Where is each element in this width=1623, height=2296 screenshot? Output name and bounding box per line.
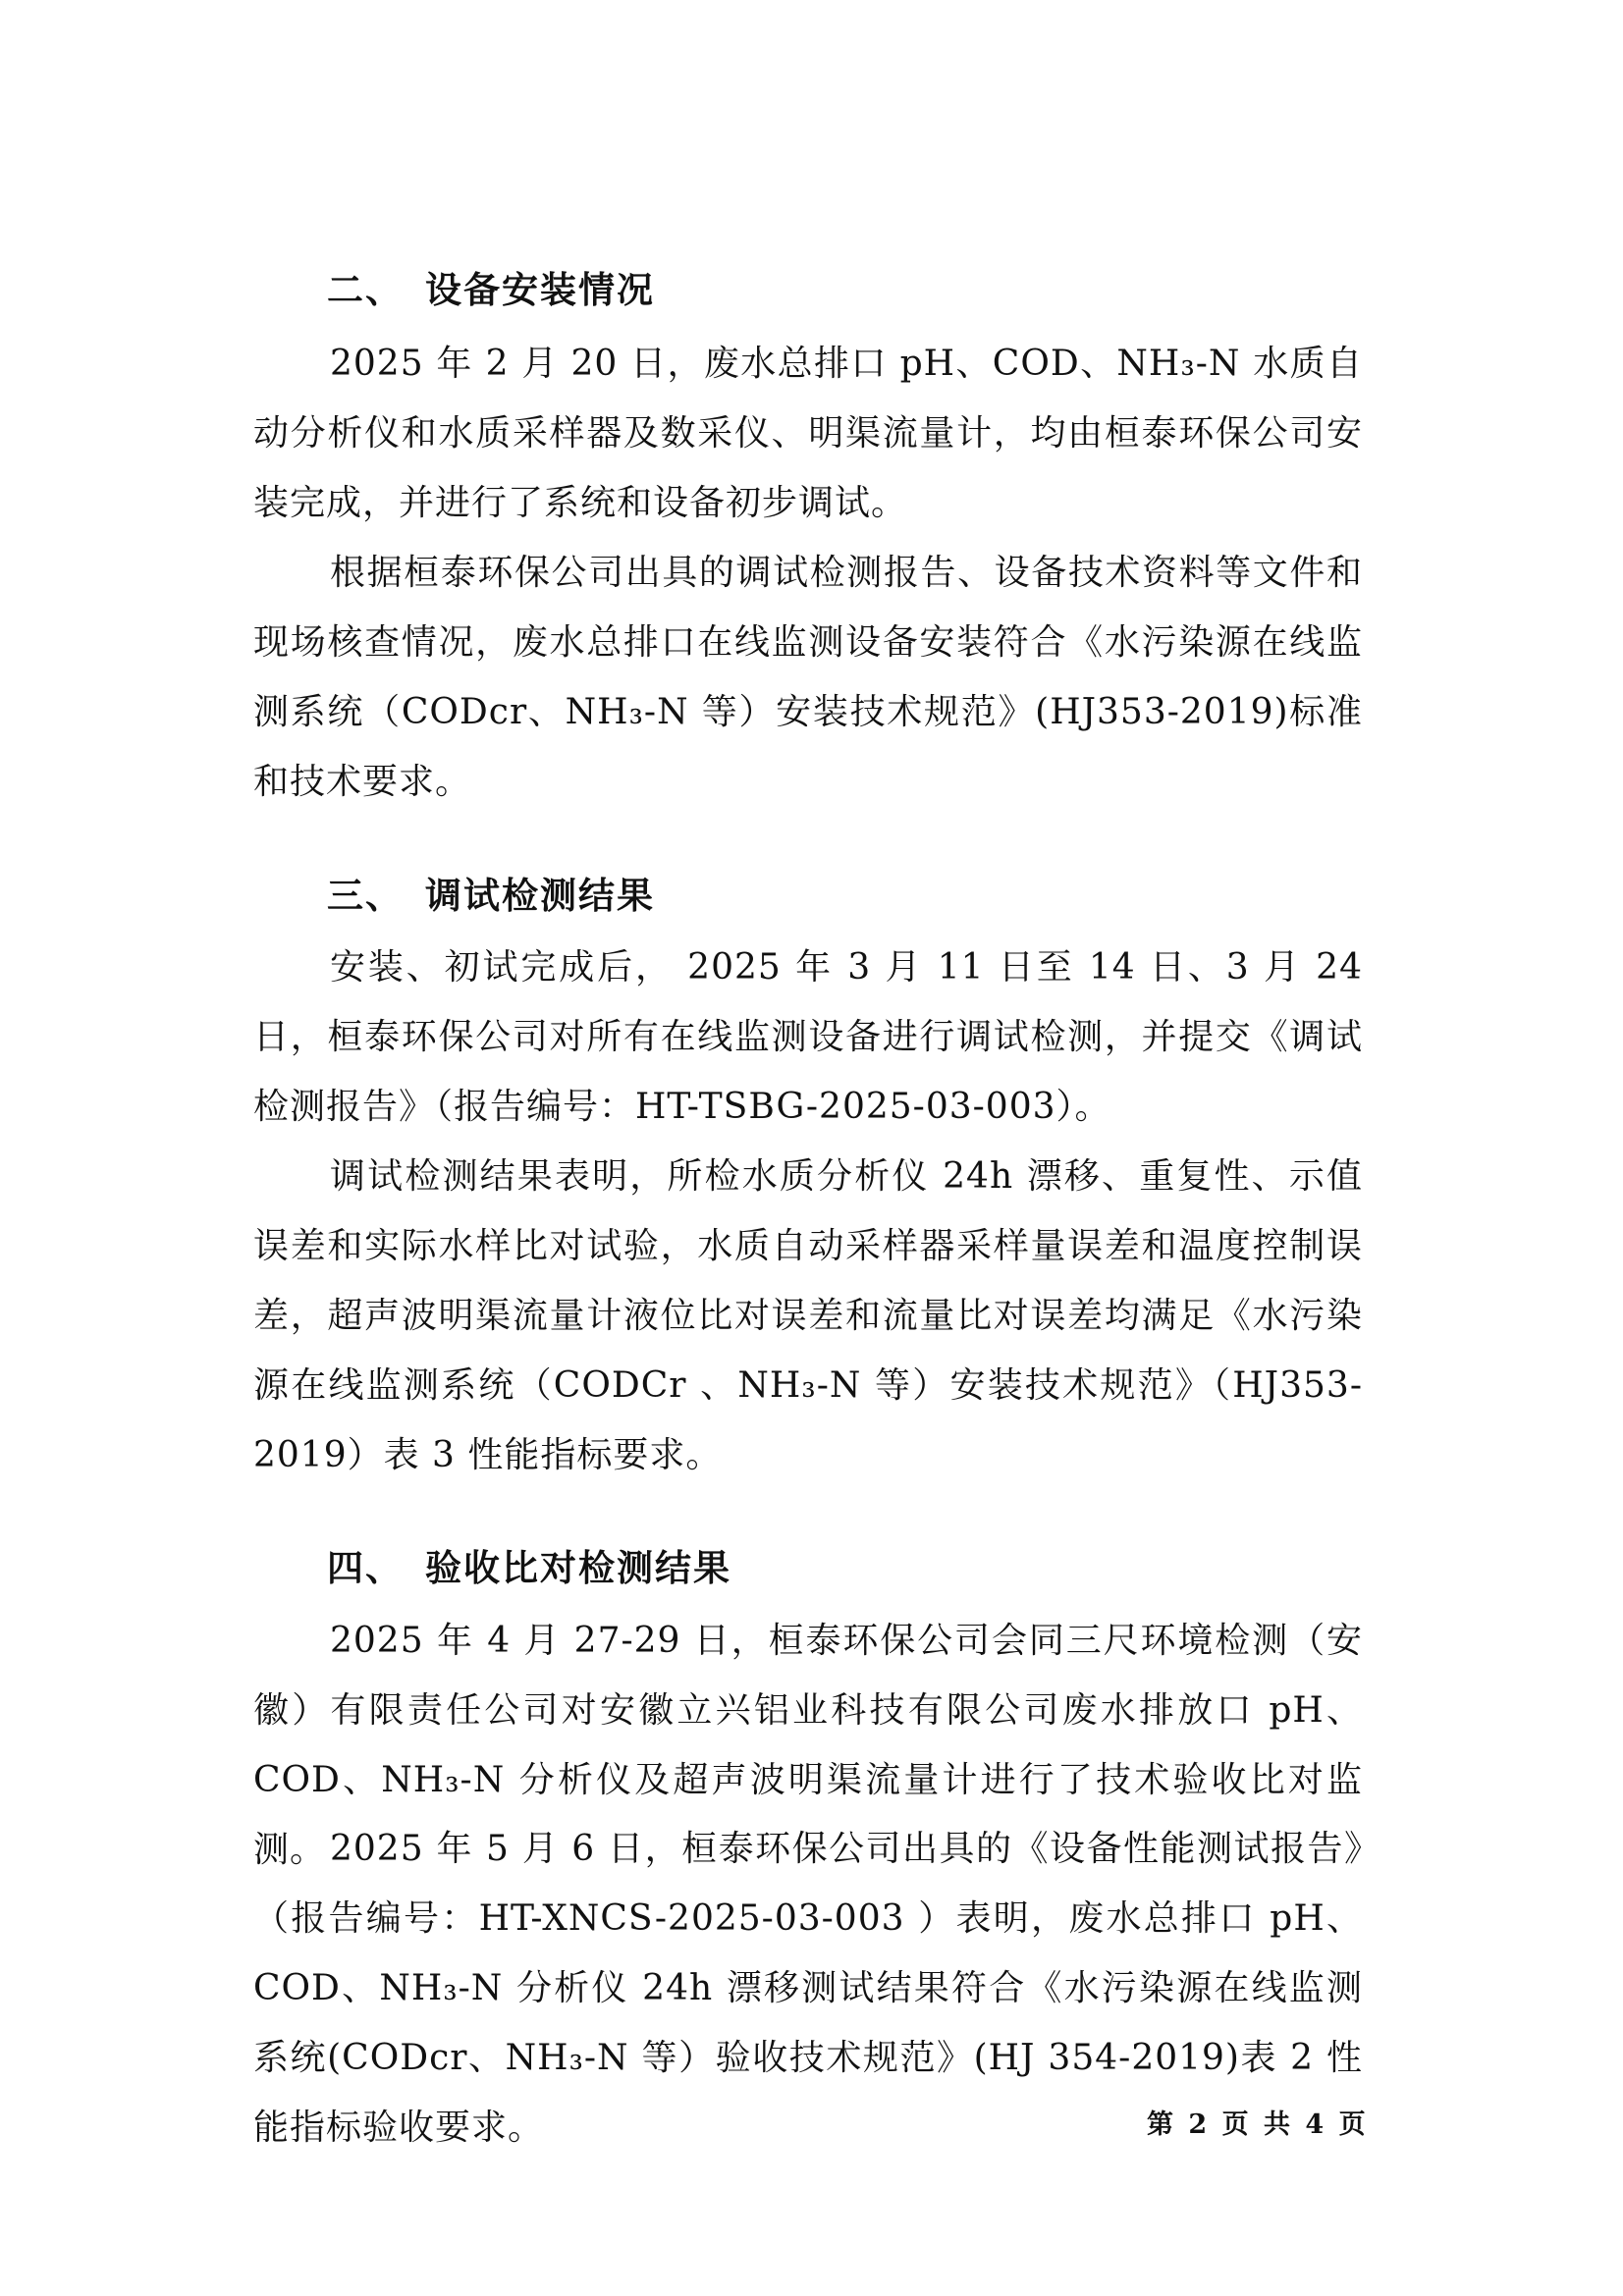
section-heading-debug-results: 三、调试检测结果 [327,866,655,919]
section-heading-acceptance-results: 四、验收比对检测结果 [327,1538,731,1591]
section-number: 三、 [327,866,425,919]
section-number: 二、 [327,260,425,313]
section-title: 调试检测结果 [425,875,655,917]
paragraph: 根据桓泰环保公司出具的调试检测报告、设备技术资料等文件和现场核查情况，废水总排口… [253,538,1363,817]
section-number: 四、 [327,1538,425,1591]
paragraph: 调试检测结果表明，所检水质分析仪 24h 漂移、重复性、示值误差和实际水样比对试… [253,1142,1363,1490]
section-title: 验收比对检测结果 [425,1547,731,1589]
section-heading-installation: 二、设备安装情况 [327,260,655,313]
page-number: 第 2 页 共 4 页 [1147,2103,1369,2141]
paragraph: 安装、初试完成后， 2025 年 3 月 11 日至 14 日、3 月 24 日… [253,933,1363,1142]
paragraph: 2025 年 2 月 20 日，废水总排口 pH、COD、NH₃-N 水质自动分… [253,329,1363,538]
section-title: 设备安装情况 [425,269,655,311]
document-page: 二、设备安装情况 2025 年 2 月 20 日，废水总排口 pH、COD、NH… [0,0,1623,2296]
